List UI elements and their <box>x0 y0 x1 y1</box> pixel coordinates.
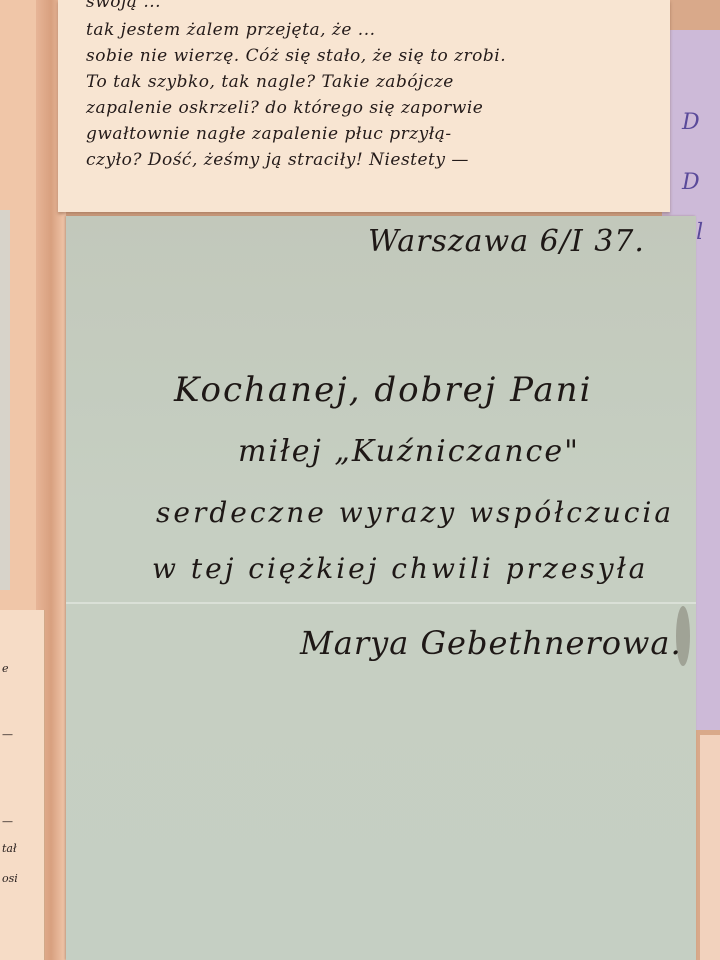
letter-line: swoją ... <box>86 0 161 12</box>
scrap-fragment: — <box>2 728 13 741</box>
letter-line: To tak szybko, tak nagle? Takie zabójcze <box>86 72 454 92</box>
left-gray-paper-strip <box>0 210 10 590</box>
letter-line: czyło? Dość, żeśmy ją straciły! Niestety… <box>86 150 469 170</box>
card-signature: Marya Gebethnerowa. <box>300 624 682 662</box>
card-line-condolences: serdeczne wyrazy współczucia <box>156 496 674 529</box>
lilac-fragment: D <box>682 170 700 195</box>
right-peach-scrap <box>700 735 720 960</box>
lilac-fragment: D <box>682 110 700 135</box>
card-line-addressee: miłej „Kuźniczance" <box>238 434 580 469</box>
card-date: Warszawa 6/I 37. <box>368 224 645 259</box>
top-handwritten-letter: swoją ... tak jestem żalem przejęta, że … <box>58 0 670 212</box>
condolence-card: Warszawa 6/I 37. Kochanej, dobrej Pani m… <box>66 216 696 960</box>
scrap-fragment: osi <box>2 872 18 885</box>
scrap-fragment: e <box>2 662 9 675</box>
card-line-sends: w tej ciężkiej chwili przesyła <box>152 552 648 585</box>
letter-line: sobie nie wierzę. Cóż się stało, że się … <box>86 46 506 66</box>
scrap-fragment: tał <box>2 842 17 855</box>
letter-line: gwałtownie nagłe zapalenie płuc przyłą- <box>86 124 452 144</box>
letter-line: zapalenie oskrzeli? do którego się zapor… <box>86 98 483 118</box>
letter-line: tak jestem żalem przejęta, że ... <box>86 20 376 40</box>
card-line-salutation: Kochanej, dobrej Pani <box>174 370 592 410</box>
scrap-fragment: — <box>2 815 13 828</box>
card-fold-line <box>66 602 696 604</box>
left-paper-scrap: e — — tał osi <box>0 610 45 960</box>
